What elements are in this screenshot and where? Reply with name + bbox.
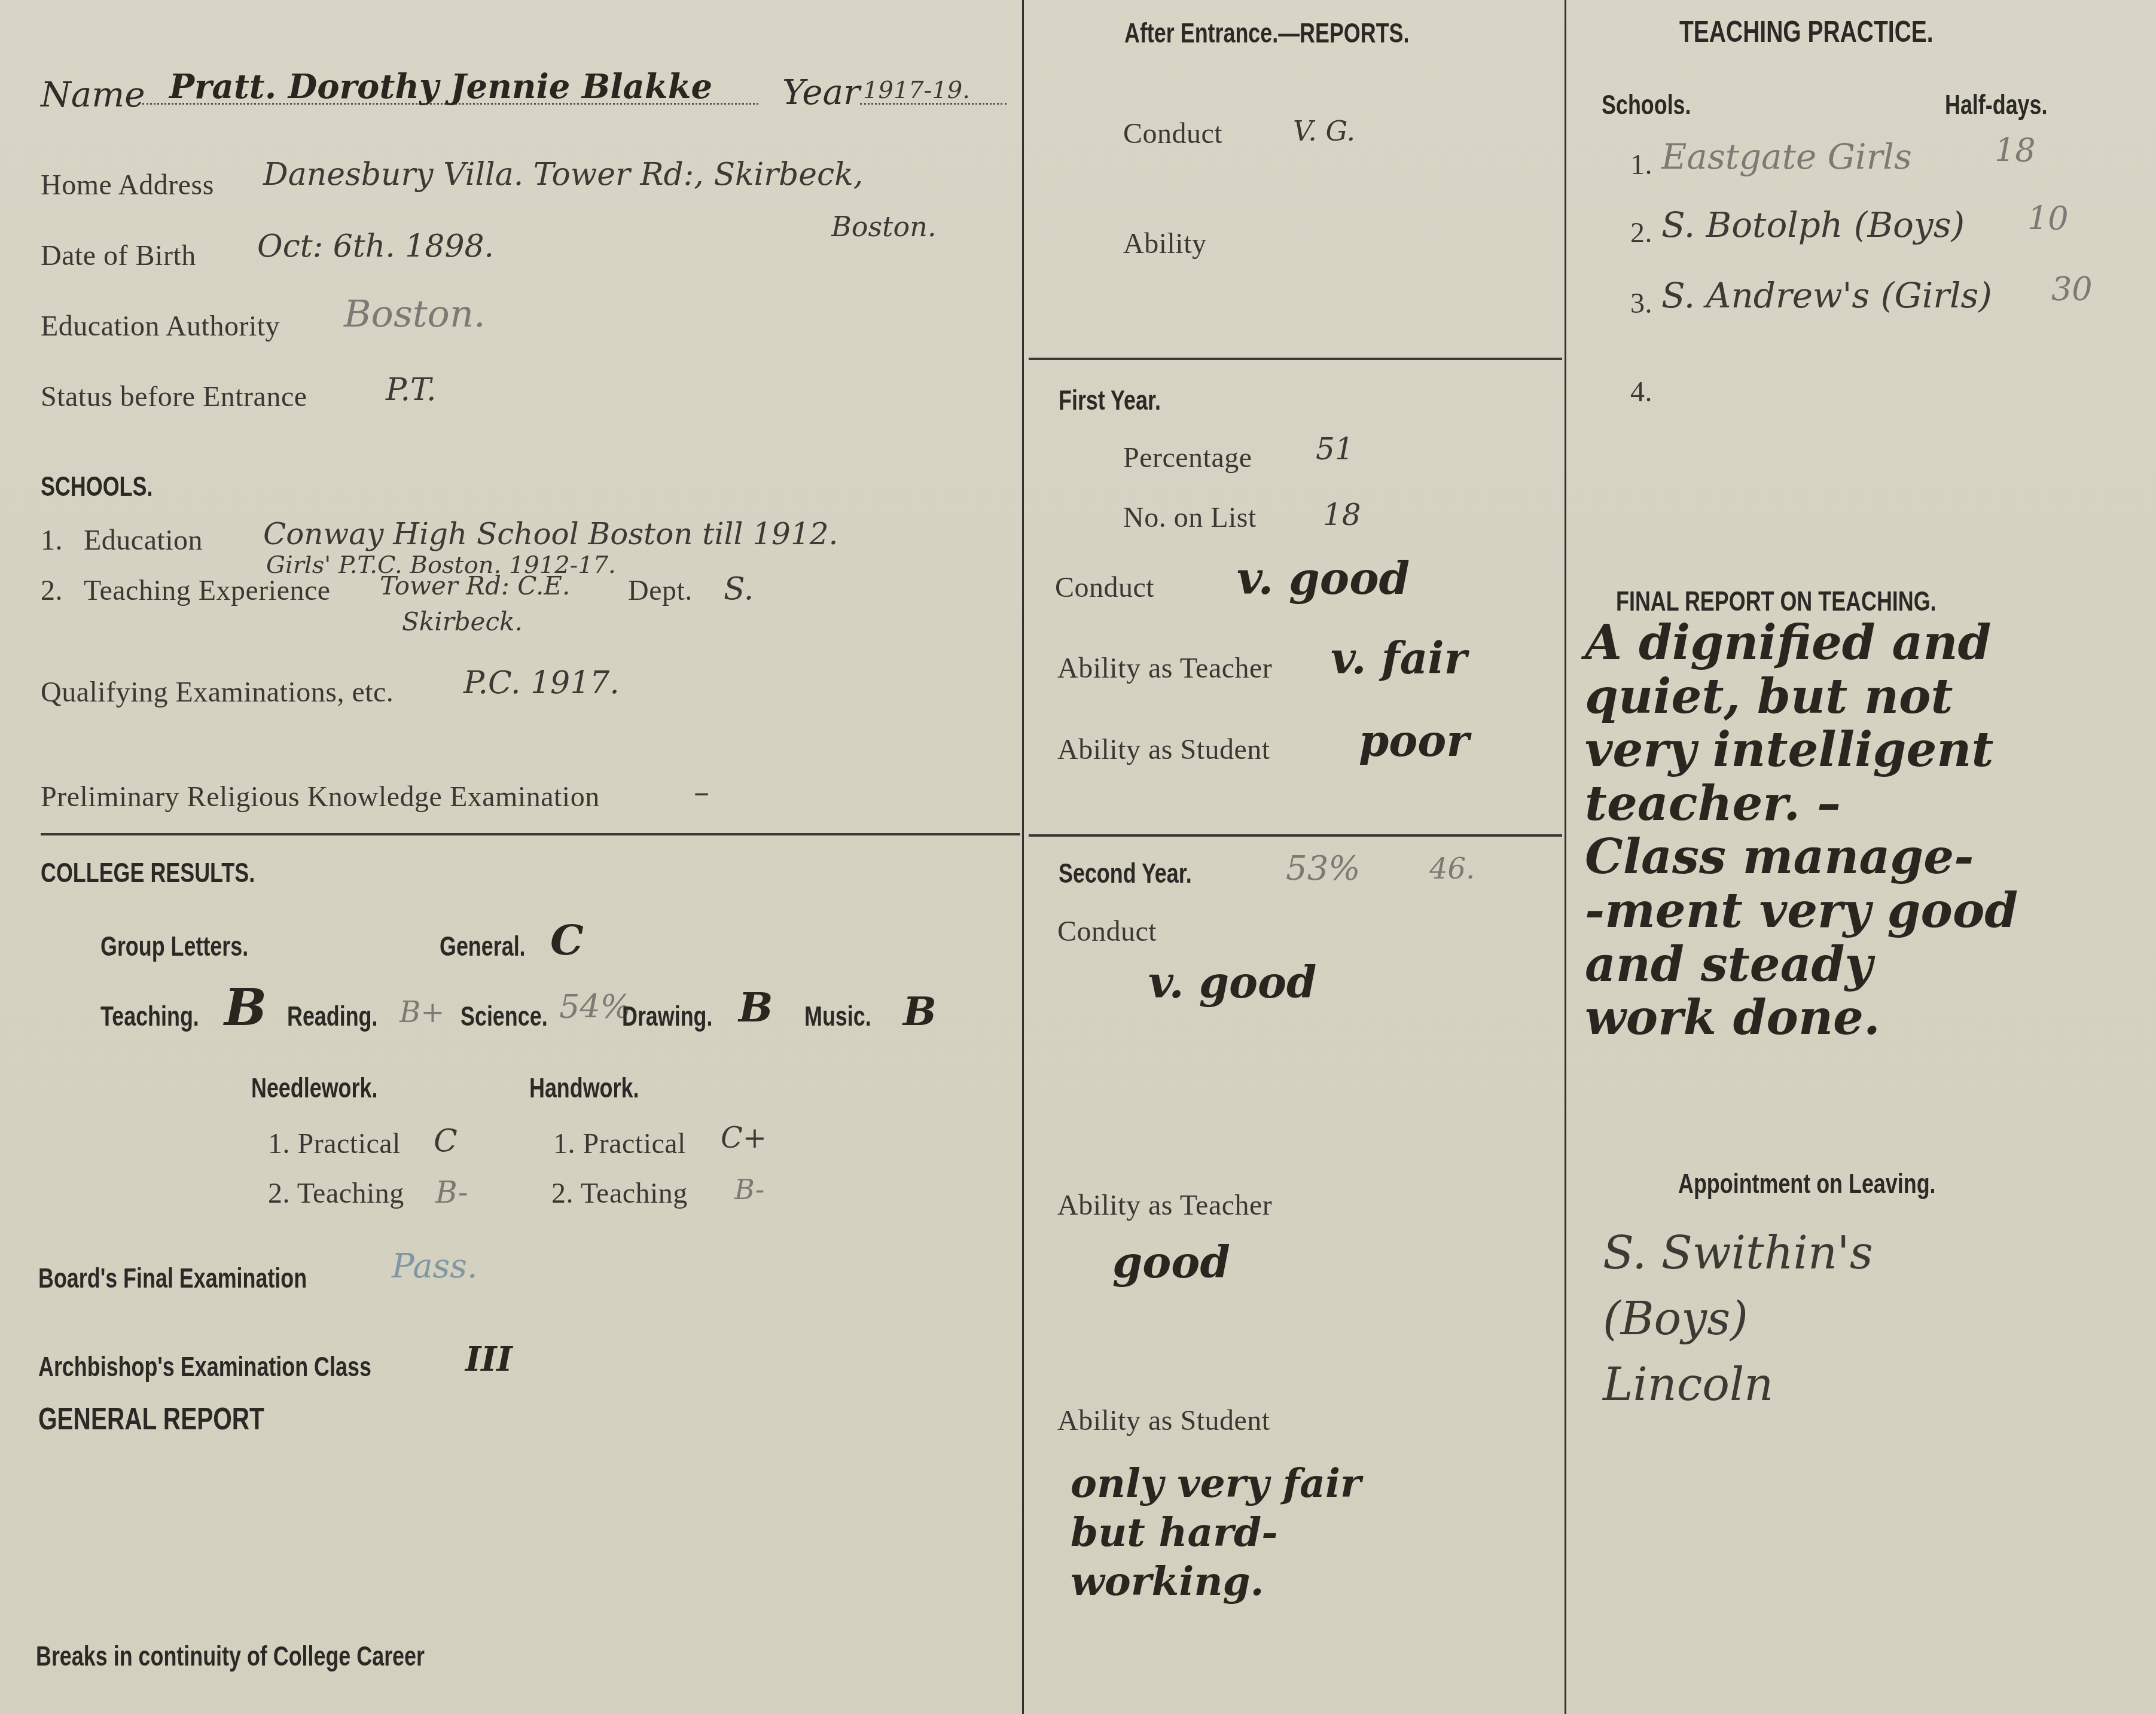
music-grade-value: B [903, 988, 937, 1035]
schools-heading: SCHOOLS. [41, 470, 153, 502]
first-year-heading: First Year. [1059, 384, 1161, 416]
teaching-practice-halfdays-label: Half-days. [1945, 89, 2047, 121]
teaching-practice-row-num: 3. [1630, 287, 1652, 320]
religious-label: Preliminary Religious Knowledge Examinat… [41, 780, 600, 813]
drawing-grade-label: Drawing. [622, 1000, 713, 1032]
second-year-student-value: only very fair but hard- working. [1071, 1459, 1361, 1606]
divider-middle-top [1029, 358, 1562, 360]
first-year-teacher-label: Ability as Teacher [1057, 652, 1272, 685]
student-record-card: Name Pratt. Dorothy Jennie Blakke Year 1… [0, 0, 2156, 1714]
after-entrance-conduct-value: V. G. [1293, 115, 1355, 147]
schools-dept-label: Dept. [628, 574, 693, 607]
music-grade-label: Music. [804, 1000, 871, 1032]
name-label: Name [41, 74, 145, 115]
second-year-teacher-value: good [1112, 1237, 1230, 1288]
name-value: Pratt. Dorothy Jennie Blakke [169, 67, 712, 106]
first-year-student-value: poor [1359, 715, 1469, 766]
teaching-practice-heading: TEACHING PRACTICE. [1679, 14, 1934, 49]
needlework-heading: Needlework. [251, 1072, 377, 1104]
archbishop-label: Archbishop's Examination Class [38, 1350, 371, 1383]
dob-value: Oct: 6th. 1898. [257, 228, 494, 264]
dob-label: Date of Birth [41, 239, 196, 272]
teaching-grade-value: B [224, 978, 267, 1037]
first-year-conduct-value: v. good [1237, 553, 1410, 605]
year-value: 1917-19. [863, 77, 970, 104]
first-year-teacher-value: v. fair [1331, 633, 1467, 684]
breaks-label: Breaks in continuity of College Career [36, 1640, 425, 1672]
needlework-practical-value: C [434, 1123, 458, 1159]
appointment-heading: Appointment on Leaving. [1678, 1167, 1936, 1200]
teaching-practice-row-halfdays: 10 [2027, 200, 2069, 237]
teaching-practice-row-num: 4. [1630, 376, 1652, 408]
handwork-practical-value: C+ [721, 1121, 767, 1155]
science-grade-value: 54% [559, 988, 631, 1026]
schools-education-value: Conway High School Boston till 1912. [263, 517, 838, 551]
education-authority-label: Education Authority [41, 310, 280, 343]
teaching-practice-row-halfdays: 30 [2051, 270, 2093, 308]
first-year-conduct-label: Conduct [1055, 571, 1154, 604]
schools-teaching-num: 2. [41, 574, 63, 607]
schools-education-label: Education [84, 524, 203, 557]
after-entrance-heading: After Entrance.—REPORTS. [1124, 17, 1410, 49]
handwork-teaching-label: 2. Teaching [551, 1177, 688, 1210]
schools-teaching-value-line2: Skirbeck. [402, 607, 523, 636]
divider-left-mid [41, 833, 1020, 835]
after-entrance-conduct-label: Conduct [1123, 117, 1222, 150]
second-year-heading: Second Year. [1059, 857, 1192, 889]
teaching-practice-row-school: Eastgate Girls [1661, 136, 1912, 177]
reading-grade-value: B+ [400, 996, 445, 1029]
teaching-practice-row-halfdays: 18 [1995, 132, 2036, 169]
first-year-list-value: 18 [1323, 498, 1361, 532]
qualifying-label: Qualifying Examinations, etc. [41, 676, 394, 709]
drawing-grade-value: B [739, 984, 773, 1032]
handwork-heading: Handwork. [529, 1072, 639, 1104]
final-report-text: A dignified and quiet, but not very inte… [1585, 616, 2018, 1045]
qualifying-value: P.C. 1917. [463, 665, 620, 701]
divider-vertical-right [1565, 0, 1566, 1714]
year-label: Year [782, 72, 860, 112]
handwork-practical-label: 1. Practical [553, 1127, 686, 1160]
second-year-conduct-label: Conduct [1057, 915, 1157, 948]
second-year-student-label: Ability as Student [1057, 1404, 1270, 1437]
name-row: Name Pratt. Dorothy Jennie Blakke Year 1… [41, 67, 1007, 121]
second-year-list-value: 46. [1429, 852, 1475, 886]
divider-vertical-left [1022, 0, 1024, 1714]
first-year-student-label: Ability as Student [1057, 733, 1270, 766]
second-year-percentage-value: 53% [1286, 849, 1360, 888]
general-report-label: GENERAL REPORT [38, 1401, 264, 1437]
final-report-heading: FINAL REPORT ON TEACHING. [1616, 585, 1937, 617]
needlework-practical-label: 1. Practical [268, 1127, 401, 1160]
teaching-grade-label: Teaching. [100, 1000, 199, 1032]
group-letters-label: Group Letters. [100, 930, 248, 962]
needlework-teaching-value: B- [435, 1175, 468, 1210]
boards-final-value: Pass. [392, 1247, 478, 1286]
second-year-teacher-label: Ability as Teacher [1057, 1189, 1272, 1222]
second-year-conduct-value: v. good [1148, 957, 1316, 1008]
after-entrance-ability-label: Ability [1123, 227, 1207, 260]
college-results-heading: COLLEGE RESULTS. [41, 856, 255, 889]
status-value: P.T. [386, 372, 437, 408]
schools-dept-value: S. [724, 571, 754, 607]
teaching-practice-row-school: S. Andrew's (Girls) [1661, 275, 1992, 316]
science-grade-label: Science. [461, 1000, 548, 1032]
home-address-label: Home Address [41, 169, 214, 202]
home-address-line2: Boston. [831, 211, 937, 243]
first-year-percentage-value: 51 [1316, 432, 1354, 466]
archbishop-value: III [465, 1340, 513, 1379]
first-year-list-label: No. on List [1123, 501, 1257, 534]
schools-teaching-label: Teaching Experience [84, 574, 331, 607]
general-value: C [550, 915, 584, 965]
boards-final-label: Board's Final Examination [38, 1262, 307, 1294]
appointment-text: S. Swithin's (Boys) Lincoln [1603, 1220, 1873, 1418]
schools-teaching-value: Tower Rd: C.E. [380, 571, 570, 600]
home-address-line1: Danesbury Villa. Tower Rd:, Skirbeck, [263, 157, 863, 193]
teaching-practice-row-num: 1. [1630, 148, 1652, 181]
first-year-percentage-label: Percentage [1123, 441, 1252, 474]
general-label: General. [440, 930, 526, 962]
handwork-teaching-value: B- [734, 1173, 764, 1206]
teaching-practice-schools-label: Schools. [1602, 89, 1691, 121]
teaching-practice-row-num: 2. [1630, 216, 1652, 249]
status-label: Status before Entrance [41, 380, 307, 413]
reading-grade-label: Reading. [287, 1000, 378, 1032]
education-authority-value: Boston. [344, 292, 486, 336]
religious-value: – [694, 774, 709, 810]
divider-middle-mid [1029, 834, 1562, 837]
teaching-practice-row-school: S. Botolph (Boys) [1661, 205, 1965, 245]
schools-education-num: 1. [41, 524, 63, 557]
needlework-teaching-label: 2. Teaching [268, 1177, 404, 1210]
